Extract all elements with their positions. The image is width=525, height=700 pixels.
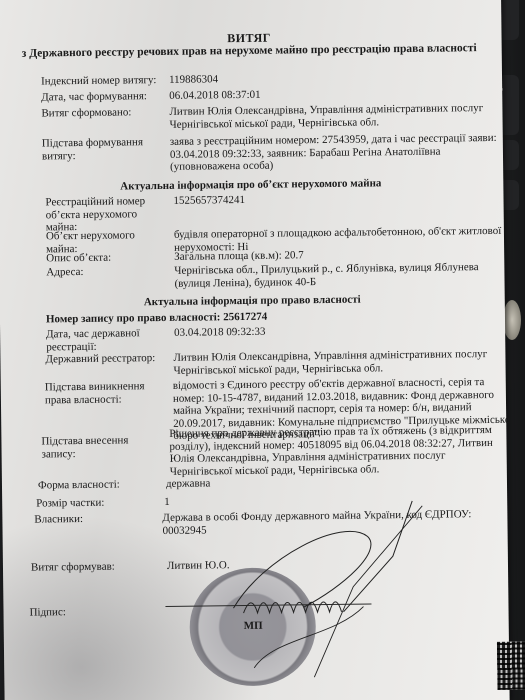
field-label: Дата, час державної реєстрації:: [46, 327, 146, 353]
field-value: 1525657374241: [173, 191, 513, 208]
field-label: Індексний номер витягу:: [41, 74, 171, 88]
field-value: 119886304: [169, 70, 509, 87]
handwritten-signature: [192, 496, 434, 689]
field-label: Форма власності:: [38, 478, 168, 492]
field-label: Адреса:: [46, 265, 176, 279]
record-number-value: 25617274: [223, 311, 267, 324]
field-label: Розмір частки:: [36, 496, 166, 510]
field-value: Литвин Юлія Олександрівна, Управління ад…: [173, 348, 513, 377]
record-number-label: Номер запису про право власності:: [46, 311, 221, 325]
field-label: Державний реєстратор:: [45, 352, 175, 366]
field-value: Литвин Юлія Олександрівна, Управління ад…: [169, 102, 509, 131]
field-label: Дата, час формування:: [41, 90, 171, 104]
field-label: Власники:: [34, 512, 164, 526]
record-number-line: Номер запису про право власності: 256172…: [46, 311, 267, 326]
field-label: Витяг сформував:: [31, 560, 161, 574]
field-value: Чернігівська обл., Прилуцький р., с. Ябл…: [174, 261, 514, 290]
rights-section-heading: Актуальна інформація про право власності: [0, 292, 505, 310]
field-label: Підстава виникнення права власності:: [45, 380, 145, 406]
field-value: 06.04.2018 08:37:01: [169, 86, 509, 103]
field-label: Витяг сформовано:: [41, 106, 171, 120]
qr-code: [497, 642, 525, 690]
field-value: заява з реєстраційним номером: 27543959,…: [170, 132, 510, 174]
field-value: 03.04.2018 09:32:33: [174, 323, 514, 340]
field-value: Рішення про державну реєстрацію прав та …: [169, 424, 510, 478]
field-label: Підстава внесення запису:: [41, 434, 141, 460]
field-label: Реєстраційний номер об’єкта нерухомого м…: [45, 195, 145, 234]
field-label: Підстава формування витягу:: [42, 136, 152, 162]
field-label: Опис об’єкта:: [46, 251, 176, 265]
document-page: ВИТЯГ з Державного реєстру речових прав …: [0, 0, 510, 700]
